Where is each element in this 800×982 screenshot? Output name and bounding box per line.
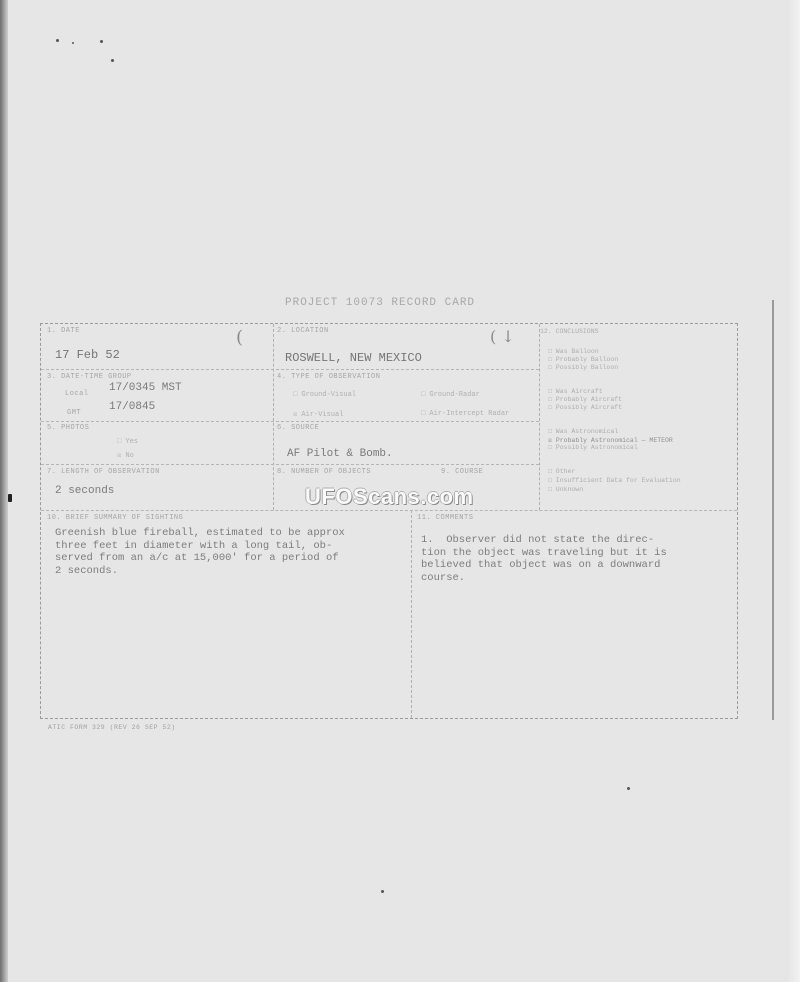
record-card: 1. DATE 17 Feb 52 2. LOCATION ROSWELL, N… [40, 323, 738, 719]
photos-label: 5. PHOTOS [47, 424, 89, 432]
comments-label: 11. COMMENTS [417, 514, 473, 522]
local-label: Local [65, 390, 89, 398]
location-label: 2. LOCATION [277, 327, 329, 335]
brief-summary-label: 10. BRIEF SUMMARY OF SIGHTING [47, 514, 183, 522]
source-label: 6. SOURCE [277, 424, 319, 432]
length-of-observation-value: 2 seconds [55, 485, 114, 497]
source-value: AF Pilot & Bomb. [287, 448, 393, 460]
photos-no: ☒ No [117, 451, 134, 460]
type-of-observation-label: 4. TYPE OF OBSERVATION [277, 373, 380, 381]
scan-speck [381, 890, 384, 893]
scan-speck [111, 59, 114, 62]
conclusion-possibly-astronomical: □ Possibly Astronomical [548, 444, 638, 451]
photos-yes: □ Yes [117, 438, 138, 446]
watermark: UFOScans.com [305, 484, 474, 510]
conclusion-was-aircraft: □ Was Aircraft [548, 388, 603, 395]
conclusion-unknown: □ Unknown [548, 486, 583, 493]
margin-mark: ( ↓ [490, 327, 515, 346]
brief-summary-text: Greenish blue fireball, estimated to be … [55, 527, 345, 577]
conclusion-was-balloon: □ Was Balloon [548, 348, 599, 355]
conclusion-was-astronomical: □ Was Astronomical [548, 428, 618, 435]
length-of-observation-label: 7. LENGTH OF OBSERVATION [47, 468, 160, 476]
comments-text: 1. Observer did not state the direc- tio… [421, 534, 667, 584]
option-ground-radar: □ Ground-Radar [421, 391, 480, 399]
margin-mark: ( [236, 327, 243, 348]
scan-speck [627, 787, 630, 790]
gmt-label: GMT [67, 409, 81, 417]
scan-speck [56, 39, 59, 42]
location-value: ROSWELL, NEW MEXICO [285, 351, 422, 365]
option-ground-visual: □ Ground-Visual [293, 391, 356, 399]
gmt-time-value: 17/0845 [109, 401, 155, 413]
number-of-objects-label: 8. NUMBER OF OBJECTS [277, 468, 371, 476]
divider [41, 421, 539, 422]
conclusion-other: □ Other [548, 468, 575, 475]
form-number: ATIC FORM 329 (REV 26 SEP 52) [48, 724, 176, 731]
conclusion-probably-astronomical: ☒ Probably Astronomical — METEOR [548, 436, 673, 444]
scan-speck [100, 40, 103, 43]
divider [41, 369, 539, 370]
divider [411, 510, 412, 718]
option-air-visual: ☒ Air-Visual [293, 410, 343, 419]
scan-speck [8, 494, 12, 502]
conclusion-possibly-aircraft: □ Possibly Aircraft [548, 404, 622, 411]
divider [539, 324, 540, 510]
divider [41, 510, 737, 511]
scan-left-edge [0, 0, 8, 982]
date-value: 17 Feb 52 [55, 348, 120, 362]
divider [41, 464, 539, 465]
date-label: 1. DATE [47, 327, 80, 335]
conclusion-possibly-balloon: □ Possibly Balloon [548, 364, 618, 371]
local-time-value: 17/0345 MST [109, 382, 182, 394]
conclusion-probably-balloon: □ Probably Balloon [548, 356, 618, 363]
option-air-intercept-radar: □ Air-Intercept Radar [421, 410, 509, 418]
card-title: PROJECT 10073 RECORD CARD [285, 297, 475, 309]
scan-right-edge [786, 0, 800, 982]
course-label: 9. COURSE [441, 468, 483, 476]
scan-speck [72, 42, 74, 44]
divider [273, 324, 274, 510]
page-edge-line [772, 300, 774, 720]
conclusion-insufficient-data: □ Insufficient Data for Evaluation [548, 477, 681, 484]
date-time-group-label: 3. DATE-TIME GROUP [47, 373, 132, 381]
conclusions-label: 12. CONCLUSIONS [540, 328, 599, 335]
conclusion-probably-aircraft: □ Probably Aircraft [548, 396, 622, 403]
